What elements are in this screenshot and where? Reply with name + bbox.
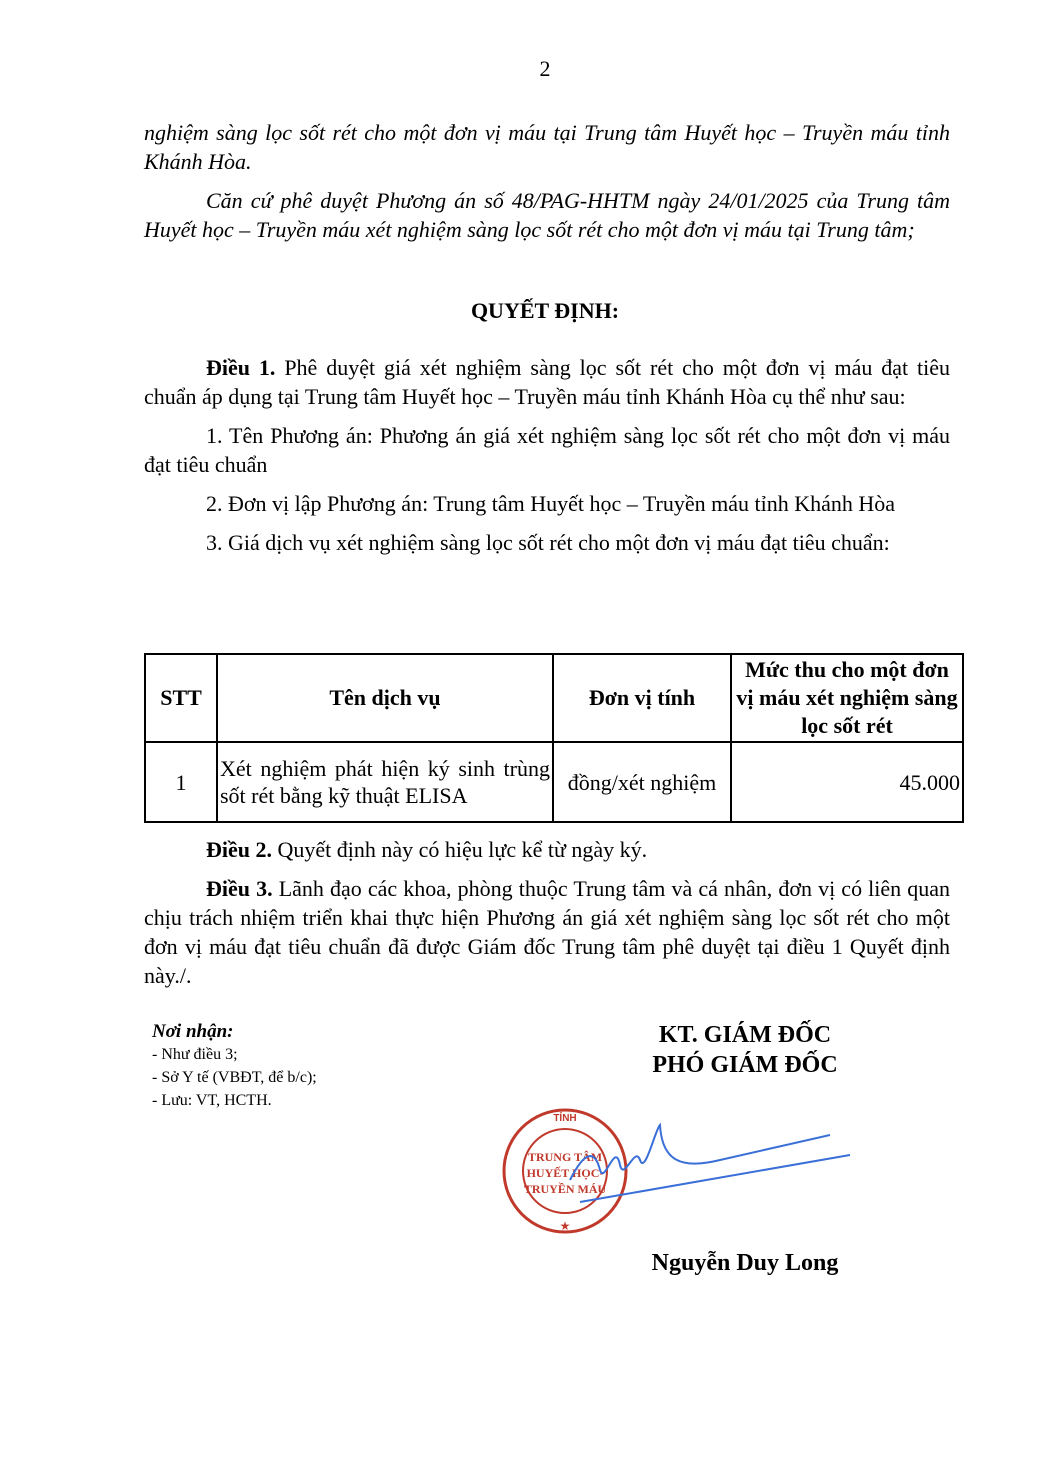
table-header-row: STT Tên dịch vụ Đơn vị tính Mức thu cho …: [145, 654, 963, 742]
page-number: 2: [0, 56, 1040, 82]
recipient-item: - Lưu: VT, HCTH.: [152, 1089, 317, 1112]
header-unit: Đơn vị tính: [553, 654, 731, 742]
article-1-label: Điều 1.: [206, 355, 275, 380]
cell-fee: 45.000: [731, 742, 963, 822]
articles-2-3: Điều 2. Quyết định này có hiệu lực kể từ…: [144, 835, 950, 990]
article-1-item-3: 3. Giá dịch vụ xét nghiệm sàng lọc sốt r…: [144, 528, 950, 557]
cell-service-name: Xét nghiệm phát hiện ký sinh trùng sốt r…: [217, 742, 553, 822]
header-fee: Mức thu cho một đơn vị máu xét nghiệm sà…: [731, 654, 963, 742]
header-service-name: Tên dịch vụ: [217, 654, 553, 742]
fee-table: STT Tên dịch vụ Đơn vị tính Mức thu cho …: [144, 653, 964, 823]
article-1-item-1: 1. Tên Phương án: Phương án giá xét nghi…: [144, 421, 950, 479]
article-2-text: Quyết định này có hiệu lực kể từ ngày ký…: [278, 837, 648, 862]
preamble-basis: Căn cứ phê duyệt Phương án số 48/PAG-HHT…: [144, 186, 950, 244]
signature-title-1: KT. GIÁM ĐỐC: [610, 1020, 880, 1050]
signature-title-2: PHÓ GIÁM ĐỐC: [610, 1050, 880, 1080]
article-1: Điều 1. Phê duyệt giá xét nghiệm sàng lọ…: [144, 353, 950, 557]
article-3-label: Điều 3.: [206, 876, 273, 901]
recipient-item: - Như điều 3;: [152, 1043, 317, 1066]
table-row: 1 Xét nghiệm phát hiện ký sinh trùng sốt…: [145, 742, 963, 822]
preamble: nghiệm sàng lọc sốt rét cho một đơn vị m…: [144, 118, 950, 244]
recipient-item: - Sở Y tế (VBĐT, để b/c);: [152, 1066, 317, 1089]
signature-block: KT. GIÁM ĐỐC PHÓ GIÁM ĐỐC: [610, 1020, 880, 1080]
cell-stt: 1: [145, 742, 217, 822]
article-2-label: Điều 2.: [206, 837, 272, 862]
preamble-continuation: nghiệm sàng lọc sốt rét cho một đơn vị m…: [144, 118, 950, 176]
article-2: Điều 2. Quyết định này có hiệu lực kể từ…: [144, 835, 950, 864]
handwritten-signature-icon: [560, 1120, 860, 1210]
decision-heading: QUYẾT ĐỊNH:: [0, 298, 1040, 324]
recipients-title: Nơi nhận:: [152, 1020, 317, 1043]
signer-name: Nguyễn Duy Long: [600, 1250, 890, 1277]
article-3: Điều 3. Lãnh đạo các khoa, phòng thuộc T…: [144, 874, 950, 990]
header-stt: STT: [145, 654, 217, 742]
article-1-item-2: 2. Đơn vị lập Phương án: Trung tâm Huyết…: [144, 489, 950, 518]
cell-unit: đồng/xét nghiệm: [553, 742, 731, 822]
svg-text:★: ★: [560, 1219, 571, 1233]
recipients: Nơi nhận: - Như điều 3; - Sở Y tế (VBĐT,…: [152, 1020, 317, 1112]
